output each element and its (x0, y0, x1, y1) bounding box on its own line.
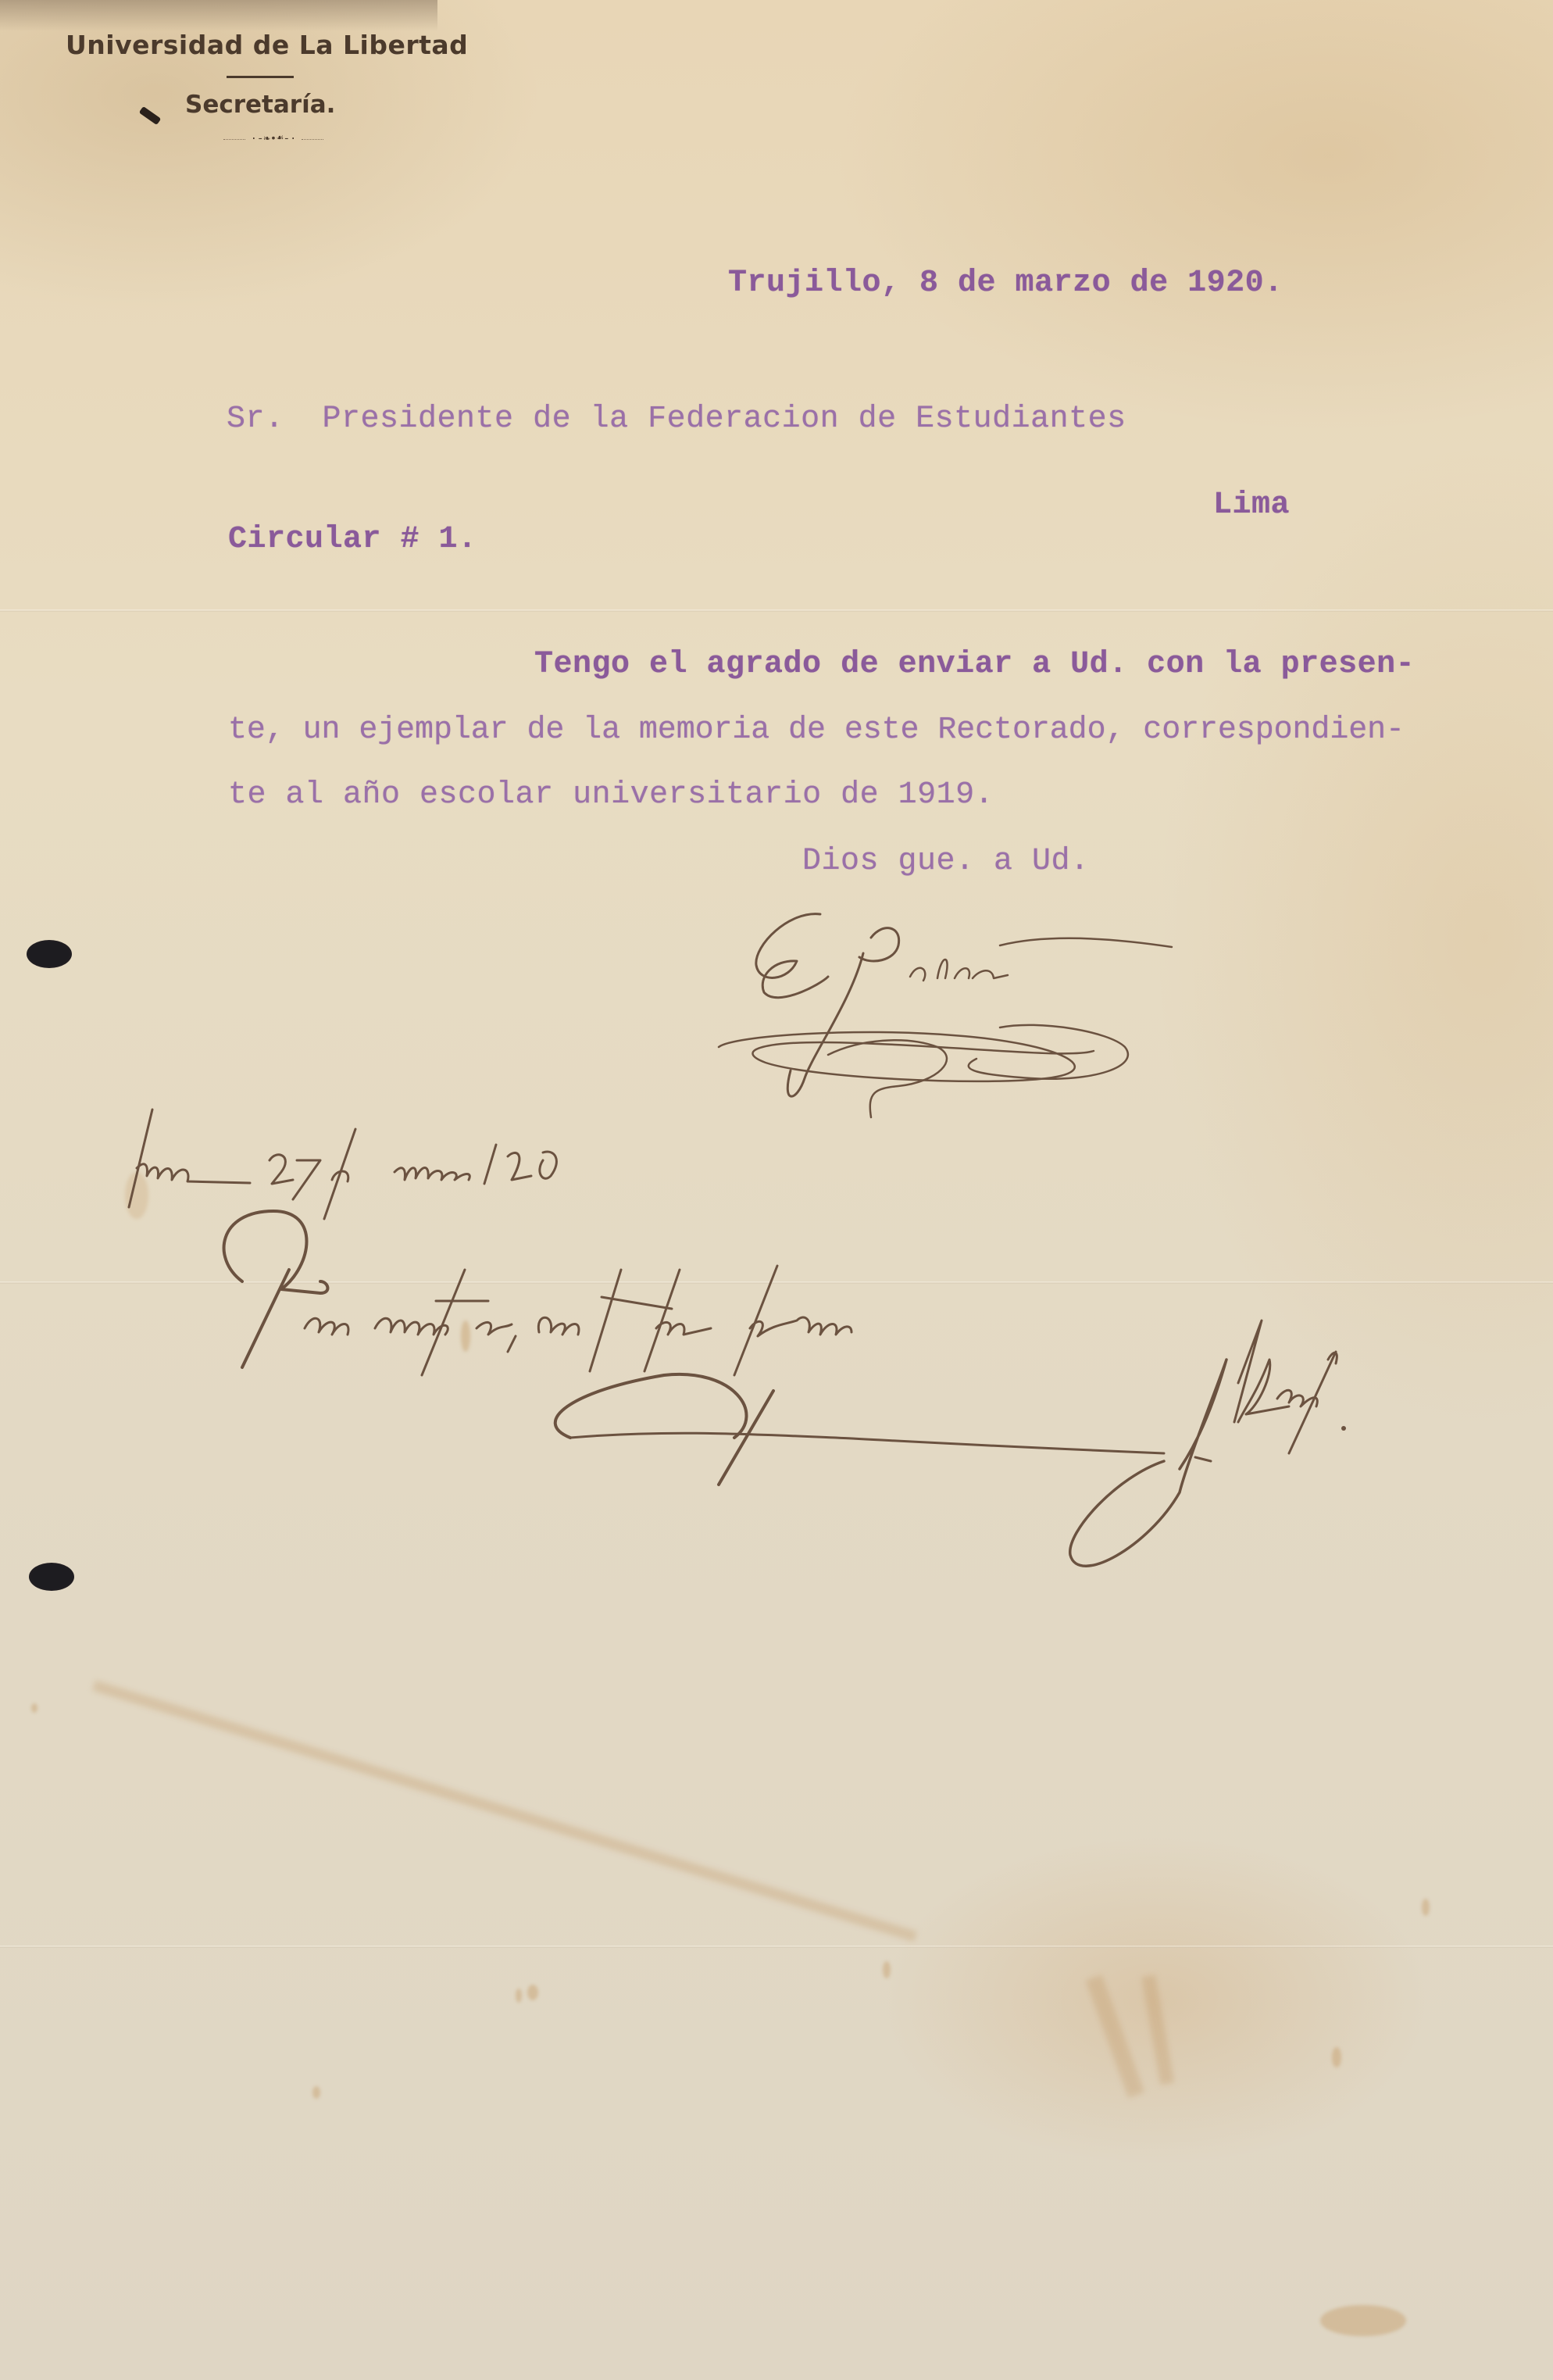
signature-sender: E. Bolena (703, 891, 1219, 1117)
ornament-glyphs: ·-❧•☙-· (251, 133, 297, 145)
ornament-icon: ·-❧•☙-· (223, 133, 323, 145)
letterhead-institution: Universidad de La Libertad (66, 30, 468, 60)
punch-hole-bottom (29, 1563, 74, 1591)
top-edge-shadow (0, 0, 437, 31)
letter-recipient: Sr. Presidente de la Federacion de Estud… (227, 402, 1126, 437)
letterhead-rule (227, 76, 294, 78)
letter-closing: Dios gue. a Ud. (802, 844, 1090, 879)
body-line-3: te al año escolar universitario de 1919. (228, 777, 994, 813)
punch-hole-top (27, 940, 72, 968)
letter-place-date: Trujillo, 8 de marzo de 1920. (728, 266, 1283, 301)
letterhead-department: Secretaría. (185, 91, 335, 119)
fold-line-1 (0, 609, 1553, 612)
body-line-2: te, un ejemplar de la memoria de este Re… (228, 713, 1405, 748)
body-line-1: Tengo el agrado de enviar a Ud. con la p… (534, 647, 1415, 682)
letter-reference: Circular # 1. (228, 522, 477, 557)
letter-recipient-city: Lima (1213, 488, 1290, 523)
fold-line-3 (0, 1946, 1553, 1948)
signature-annotator: J. Rosas (508, 1328, 1406, 1578)
